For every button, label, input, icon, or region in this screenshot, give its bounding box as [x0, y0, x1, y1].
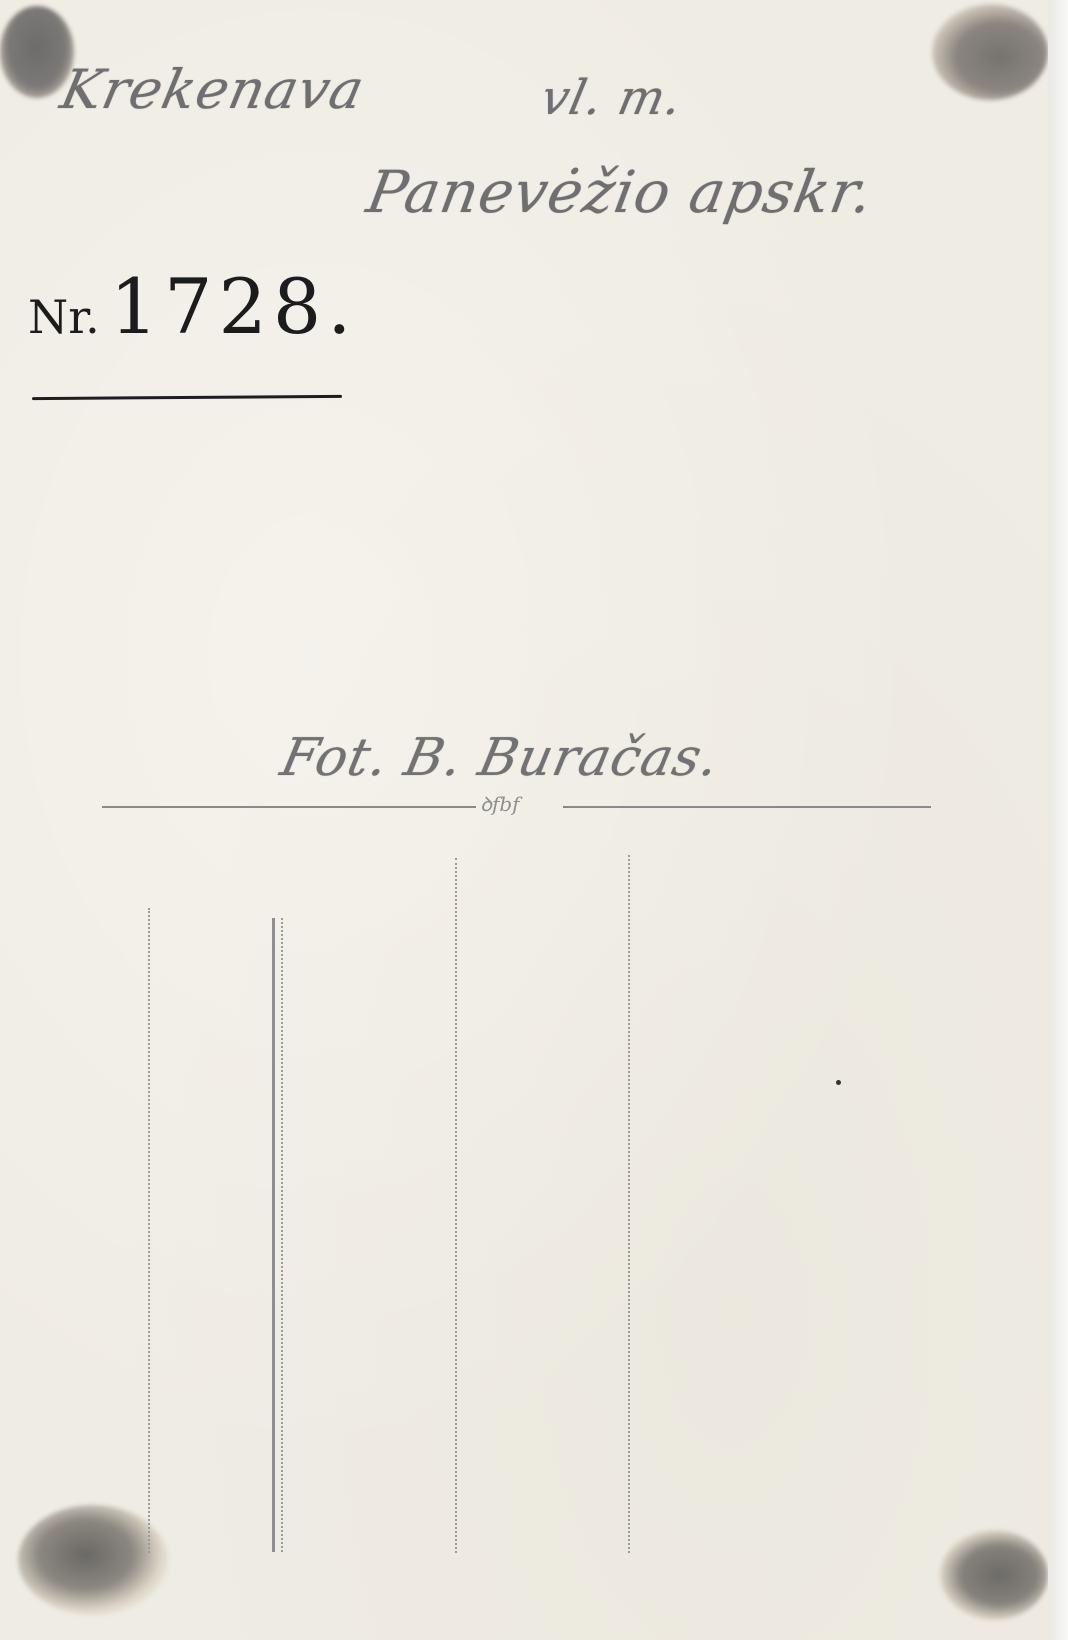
catalog-number-prefix: Nr.	[28, 290, 100, 344]
ink-speck	[836, 1080, 841, 1085]
dotted-divider-1	[148, 908, 150, 1553]
scan-background-edge	[1048, 0, 1068, 1640]
dotted-divider-3	[455, 858, 457, 1553]
photographer-credit: Fot. B. Buračas.	[276, 728, 725, 788]
credit-rule-left	[102, 806, 476, 808]
handwritten-place-name: Krekenava	[55, 58, 370, 121]
postcard-back: Krekenava vl. m. Panevėžio apskr. Nr.172…	[0, 0, 1048, 1640]
publisher-mark: ꝺfbf	[480, 790, 520, 817]
glue-residue-bottom-right	[940, 1530, 1048, 1620]
credit-rule-right	[563, 806, 931, 808]
catalog-number-underline	[32, 395, 342, 400]
dotted-divider-4	[628, 855, 630, 1553]
handwritten-place-abbreviation: vl. m.	[536, 70, 688, 126]
dotted-divider-2	[281, 918, 283, 1552]
glue-residue-bottom-left	[18, 1505, 168, 1615]
catalog-number: Nr.1728.	[28, 262, 357, 351]
handwritten-district: Panevėžio apskr.	[362, 158, 879, 226]
glue-residue-top-right	[932, 4, 1048, 100]
catalog-number-value: 1728.	[110, 262, 358, 351]
solid-divider	[272, 918, 275, 1552]
